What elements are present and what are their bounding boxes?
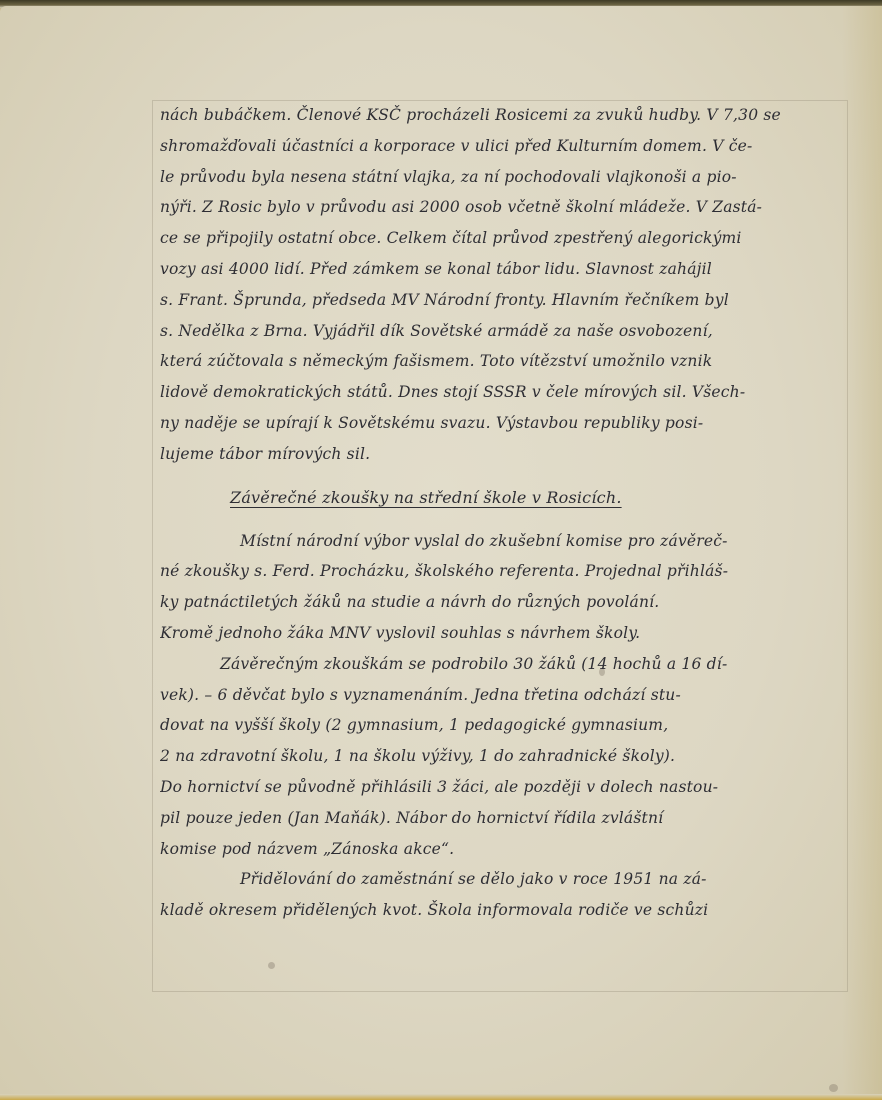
text-line: lidově demokratických států. Dnes stojí … [160, 377, 850, 408]
text-line: ny naděje se upírají k Sovětskému svazu.… [160, 408, 850, 439]
text-line: komise pod názvem „Zánoska akce“. [160, 834, 850, 865]
text-line: Závěrečným zkouškám se podrobilo 30 žáků… [160, 649, 850, 680]
text-line: ce se připojily ostatní obce. Celkem čít… [160, 223, 850, 254]
text-line: s. Nedělka z Brna. Vyjádřil dík Sovětské… [160, 316, 850, 347]
text-line: ky patnáctiletých žáků na studie a návrh… [160, 587, 850, 618]
paragraph-job-assignment: Přidělování do zaměstnání se dělo jako v… [160, 864, 850, 926]
text-line: vek). – 6 děvčat bylo s vyznamenáním. Je… [160, 680, 850, 711]
text-line: Do hornictví se původně přihlásili 3 žác… [160, 772, 850, 803]
text-line: né zkoušky s. Ferd. Procházku, školského… [160, 556, 850, 587]
text-line: 2 na zdravotní školu, 1 na školu výživy,… [160, 741, 850, 772]
section-heading: Závěrečné zkoušky na střední škole v Ros… [230, 482, 850, 514]
text-line: Přidělování do zaměstnání se dělo jako v… [160, 864, 850, 895]
text-line: Místní národní výbor vyslal do zkušební … [160, 526, 850, 557]
text-line: le průvodu byla nesena státní vlajka, za… [160, 162, 850, 193]
text-line: s. Frant. Šprunda, předseda MV Národní f… [160, 285, 850, 316]
text-line: vozy asi 4000 lidí. Před zámkem se konal… [160, 254, 850, 285]
text-line: dovat na vyšší školy (2 gymnasium, 1 ped… [160, 710, 850, 741]
book-cover-edge-bottom [0, 1094, 882, 1100]
text-line: lujeme tábor mírových sil. [160, 439, 850, 470]
paragraph-committee: Místní národní výbor vyslal do zkušební … [160, 526, 850, 649]
text-line: která zúčtovala s německým fašismem. Tot… [160, 346, 850, 377]
paragraph-continuation: nách bubáčkem. Členové KSČ procházeli Ro… [160, 100, 850, 470]
text-line: nýři. Z Rosic bylo v průvodu asi 2000 os… [160, 192, 850, 223]
text-line: shromažďovali účastníci a korporace v ul… [160, 131, 850, 162]
text-line: pil pouze jeden (Jan Maňák). Nábor do ho… [160, 803, 850, 834]
paper-stain [268, 962, 275, 969]
handwritten-text: nách bubáčkem. Členové KSČ procházeli Ro… [160, 100, 850, 926]
text-line: nách bubáčkem. Členové KSČ procházeli Ro… [160, 100, 850, 131]
text-line: Kromě jednoho žáka MNV vyslovil souhlas … [160, 618, 850, 649]
paragraph-exam-results: Závěrečným zkouškám se podrobilo 30 žáků… [160, 649, 850, 865]
text-line: kladě okresem přidělených kvot. Škola in… [160, 895, 850, 926]
paper-stain [829, 1084, 838, 1092]
